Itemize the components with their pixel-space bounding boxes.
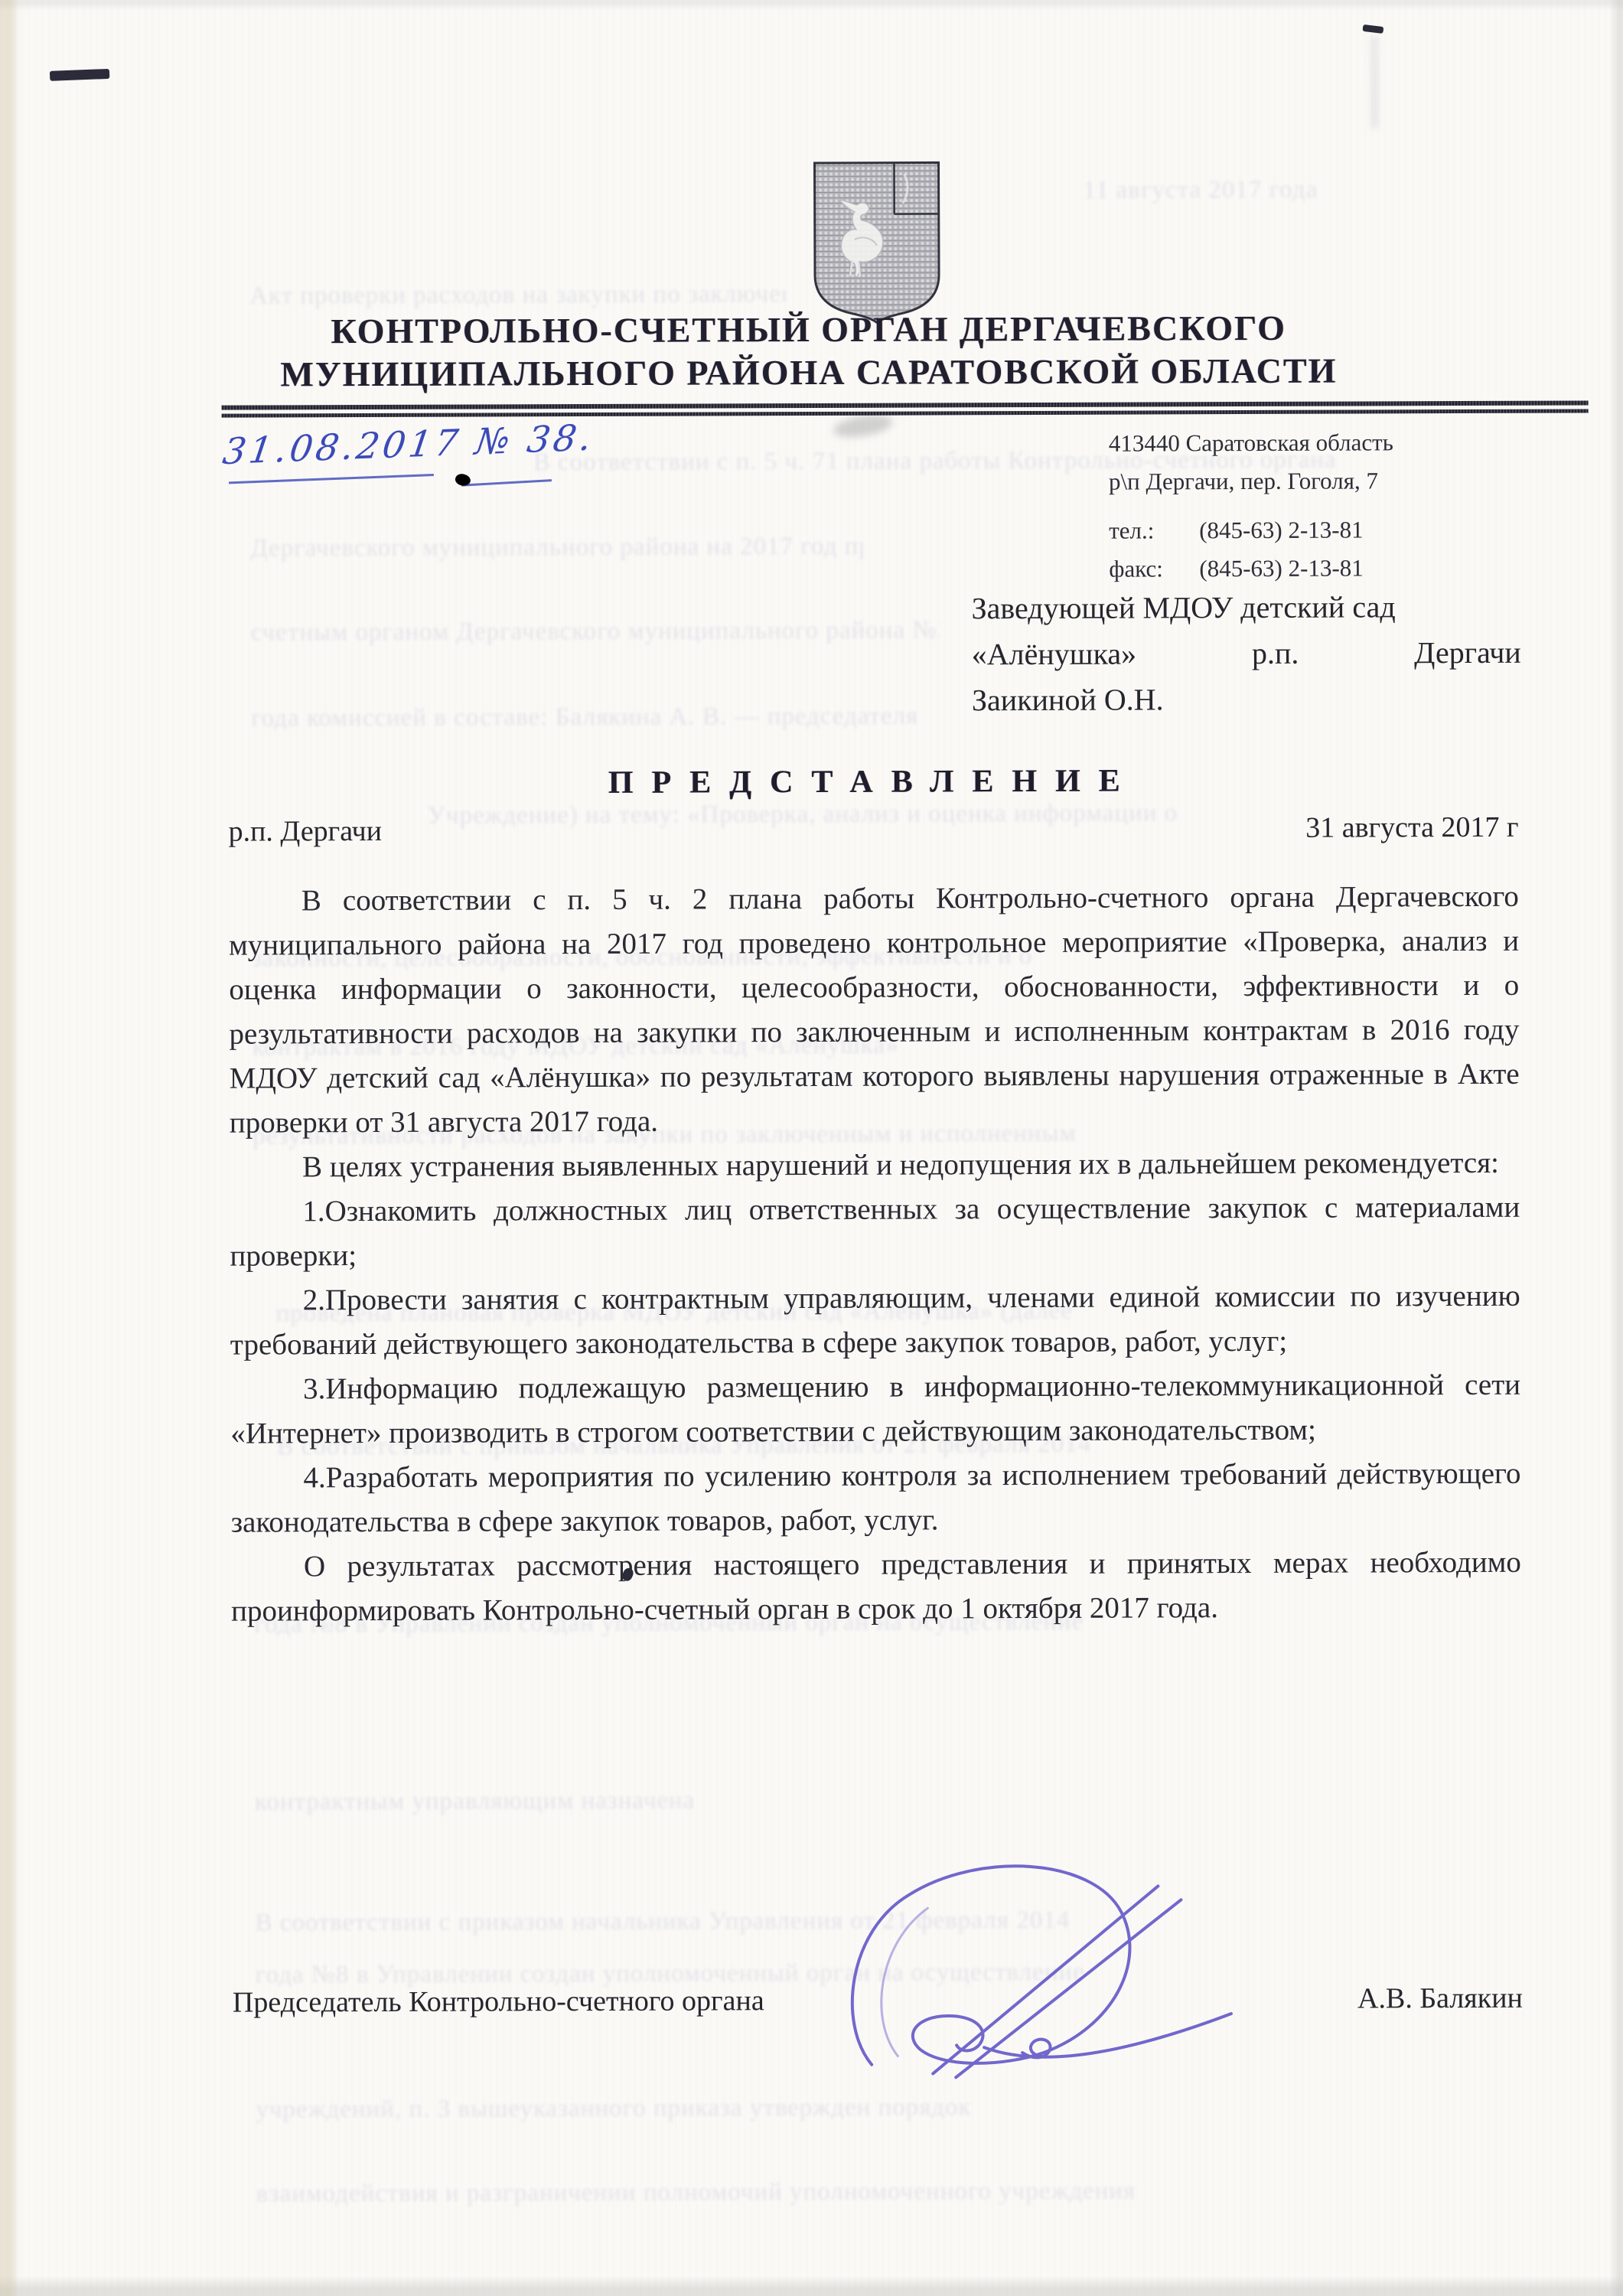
handwritten-underline — [461, 479, 552, 487]
signatory-name: А.В. Балякин — [1357, 1981, 1523, 2016]
dateline-place: р.п. Дергачи — [228, 814, 382, 849]
org-name-line1: КОНТРОЛЬНО-СЧЕТНЫЙ ОРГАН ДЕРГАЧЕВСКОГО — [0, 306, 1620, 352]
body-paragraph: 3.Информацию подлежащую размещению в инф… — [230, 1363, 1520, 1456]
recipient-org-name: «Алёнушка» — [972, 631, 1137, 678]
letterhead-divider — [222, 400, 1589, 418]
document-title: ПРЕДСТАВЛЕНИЕ — [228, 762, 1518, 803]
coat-of-arms — [812, 160, 941, 325]
coat-of-arms-shield — [812, 160, 941, 325]
signature-row: Председатель Контрольно-счетного органа … — [233, 1981, 1523, 2020]
scanned-document-page: 11 августа 2017 года Акт проверки расход… — [0, 0, 1623, 2296]
scan-artifact-streak — [1370, 36, 1378, 128]
contact-address-line1: 413440 Саратовская область — [1109, 423, 1537, 463]
bleedthrough-text: года комиссией в составе: Балякина А. В.… — [251, 702, 1093, 733]
scan-artifact-dash — [1362, 24, 1383, 34]
org-name-line2: МУНИЦИПАЛЬНОГО РАЙОНА САРАТОВСКОЙ ОБЛАСТ… — [0, 349, 1621, 395]
recipient-settlement-type: р.п. — [1252, 631, 1299, 677]
contact-address-line2: р\п Дергачи, пер. Гоголя, 7 — [1109, 461, 1537, 501]
dateline-date: 31 августа 2017 г — [1305, 810, 1518, 845]
handwritten-underline — [229, 474, 434, 484]
fax-value: (845-63) 2-13-81 — [1199, 549, 1364, 588]
signature-scribble — [783, 1841, 1289, 2103]
recipient-line1: Заведующей МДОУ детский сад — [971, 584, 1520, 632]
document-body: В соответствии с п. 5 ч. 2 плана работы … — [229, 875, 1521, 1634]
bleedthrough-text: контрактным управляющим назначена — [255, 1785, 1173, 1816]
bleedthrough-text: Дергачевского муниципального района на 2… — [250, 533, 862, 563]
body-paragraph: 2.Провести занятия с контрактным управля… — [230, 1274, 1520, 1368]
body-paragraph: 4.Разработать мероприятия по усилению ко… — [230, 1452, 1520, 1545]
tel-label: тел.: — [1109, 511, 1199, 550]
bleedthrough-text: счетным органом Дергачевского муниципаль… — [251, 616, 940, 647]
tel-value: (845-63) 2-13-81 — [1199, 510, 1364, 550]
fax-label: факс: — [1109, 550, 1199, 588]
signatory-position: Председатель Контрольно-счетного органа — [233, 1984, 764, 2019]
body-paragraph: В соответствии с п. 5 ч. 2 плана работы … — [229, 875, 1520, 1146]
recipient-line2: «Алёнушка» р.п. Дергачи — [972, 630, 1521, 678]
recipient-block: Заведующей МДОУ детский сад «Алёнушка» р… — [971, 584, 1521, 724]
contact-tel-row: тел.: (845-63) 2-13-81 — [1109, 510, 1537, 550]
dateline: р.п. Дергачи 31 августа 2017 г — [228, 810, 1518, 849]
scan-content: 11 августа 2017 года Акт проверки расход… — [0, 0, 1623, 2296]
scan-artifact-dash — [50, 69, 109, 81]
recipient-person: Заикиной О.Н. — [972, 676, 1521, 724]
recipient-settlement: Дергачи — [1414, 630, 1521, 676]
body-paragraph: 1.Ознакомить должностных лиц ответственн… — [230, 1186, 1520, 1279]
bleedthrough-text: 11 августа 2017 года — [1084, 175, 1543, 205]
bleedthrough-text: взаимодействия и разграничении полномочи… — [256, 2176, 1511, 2209]
body-paragraph: В целях устранения выявленных нарушений … — [230, 1141, 1520, 1190]
bleedthrough-text: Акт проверки расходов на закупки по закл… — [249, 280, 785, 310]
contact-block: 413440 Саратовская область р\п Дергачи, … — [1109, 423, 1538, 589]
contact-fax-row: факс: (845-63) 2-13-81 — [1109, 549, 1537, 589]
body-paragraph: О результатах рассмотрения настоящего пр… — [231, 1541, 1521, 1634]
